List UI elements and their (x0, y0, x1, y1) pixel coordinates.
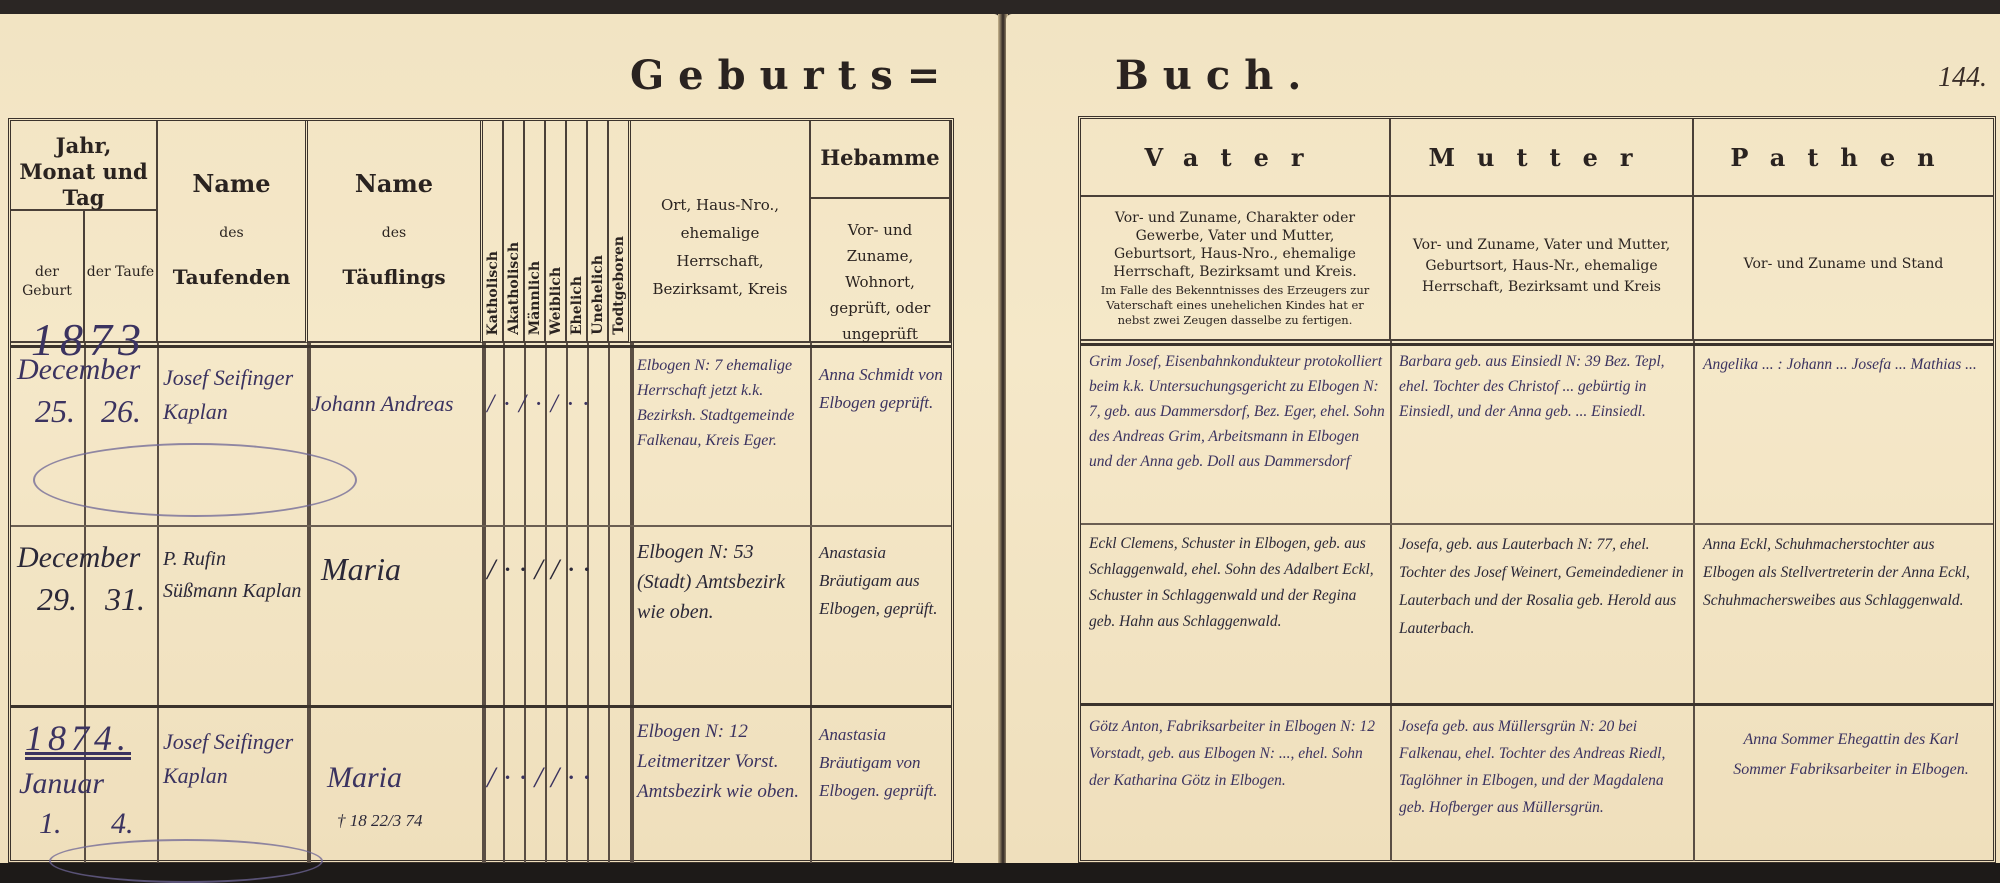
header-father-sub: Vor- und Zuname, Charakter oder Gewerbe,… (1081, 197, 1391, 341)
row-divider (1081, 523, 1993, 525)
header-mother-title: Mutter (1391, 119, 1694, 197)
entry-month: Januar (19, 767, 104, 801)
page-number: 144. (1938, 62, 1987, 94)
header-child: Name des Täuflings (308, 121, 483, 343)
entry-baptism-day: 31. (105, 581, 145, 618)
header-place: Ort, Haus-Nro., ehemalige Herrschaft, Be… (631, 121, 811, 343)
entry-midwife: Anastasia Bräutigam von Elbogen. geprüft… (819, 721, 947, 805)
entry-place: Elbogen N: 7 ehemalige Herrschaft jetzt … (637, 353, 807, 453)
entry-midwife: Anastasia Bräutigam aus Elbogen, geprüft… (819, 539, 947, 623)
entry-baptizer: Josef Seifinger Kaplan (163, 361, 303, 429)
row-divider (1081, 703, 1993, 706)
entry-baptism-day: 4. (111, 807, 134, 841)
header-legitimate: Ehelich (567, 121, 588, 343)
row-divider (1081, 343, 1993, 346)
left-register-table: Jahr, Monat und Tag der Geburt der Taufe… (8, 118, 954, 863)
entry-month: December (17, 353, 140, 387)
entry-godparents: Anna Sommer Ehegattin des Karl Sommer Fa… (1721, 725, 1981, 785)
header-female: Weiblich (546, 121, 567, 343)
entry-mother: Barbara geb. aus Einsiedl N: 39 Bez. Tep… (1399, 349, 1689, 424)
birth-register-spread: Geburts= Buch. 144. Jahr, Monat und Tag … (0, 0, 2000, 863)
entry-godparents: Angelika ... : Johann ... Josefa ... Mat… (1703, 351, 1987, 379)
entry-mother: Josefa geb. aus Müllersgrün N: 20 bei Fa… (1399, 713, 1689, 821)
header-date-group: Jahr, Monat und Tag (11, 121, 158, 211)
signature-flourish (33, 443, 357, 517)
header-midwife-title: Hebamme (811, 121, 951, 199)
entry-godparents: Anna Eckl, Schuhmacherstochter aus Elbog… (1703, 531, 1987, 615)
col-divider (482, 343, 486, 863)
entry-father: Grim Josef, Eisenbahnkondukteur protokol… (1089, 349, 1385, 474)
header-midwife-sub: Vor- und Zuname, Wohnort, geprüft, oder … (811, 199, 951, 343)
entry-mother: Josefa, geb. aus Lauterbach N: 77, ehel.… (1399, 531, 1689, 643)
entry-baptizer: P. Rufin Süßmann Kaplan (163, 543, 303, 607)
col-divider (1390, 341, 1392, 861)
entry-death-note: † 18 22/3 74 (337, 811, 422, 831)
col-divider (810, 343, 812, 863)
entry-marks: /··//·· (487, 553, 627, 587)
right-register-table: Vater Vor- und Zuname, Charakter oder Ge… (1078, 116, 1996, 863)
title-right: Buch. (1115, 52, 1315, 99)
header-male: Männlich (525, 121, 546, 343)
entry-birth-day: 25. (35, 393, 75, 430)
row-divider (11, 345, 951, 348)
header-godparents-title: Pathen (1694, 119, 1993, 197)
entry-baptism-day: 26. (101, 393, 141, 430)
entry-midwife: Anna Schmidt von Elbogen geprüft. (819, 361, 947, 417)
year-label-1874: 1874. (25, 717, 131, 759)
entry-place: Elbogen N: 53 (Stadt) Amtsbezirk wie obe… (637, 537, 807, 627)
entry-marks: /··//·· (487, 761, 627, 795)
header-stillborn: Todtgeboren (609, 121, 631, 343)
entry-child: Maria (327, 761, 402, 795)
row-divider (11, 705, 951, 708)
col-divider (157, 343, 159, 863)
header-godparents-sub: Vor- und Zuname und Stand (1694, 197, 1993, 341)
entry-baptizer: Josef Seifinger Kaplan (163, 725, 303, 793)
col-divider (1693, 341, 1695, 861)
entry-month: December (17, 541, 140, 575)
header-baptizer: Name des Taufenden (158, 121, 308, 343)
col-divider (630, 343, 634, 863)
entry-birth-day: 1. (39, 807, 62, 841)
header-non-catholic: Akatholisch (504, 121, 525, 343)
entry-father: Götz Anton, Fabriksarbeiter in Elbogen N… (1089, 713, 1385, 794)
header-mother-sub: Vor- und Zuname, Vater und Mutter, Gebur… (1391, 197, 1694, 341)
col-divider (307, 343, 311, 863)
entry-father: Eckl Clemens, Schuster in Elbogen, geb. … (1089, 531, 1385, 635)
header-father-title: Vater (1081, 119, 1391, 197)
header-catholic: Katholisch (483, 121, 504, 343)
title-left: Geburts= (630, 52, 954, 99)
entry-birth-day: 29. (37, 581, 77, 618)
row-divider (11, 525, 951, 527)
entry-child: Johann Andreas (311, 391, 481, 417)
entry-child: Maria (321, 551, 401, 588)
entry-place: Elbogen N: 12 Leitmeritzer Vorst. Amtsbe… (637, 717, 807, 807)
signature-flourish (49, 839, 323, 863)
header-illegitimate: Unehelich (588, 121, 609, 343)
entry-marks: /·/·/·· (487, 389, 627, 419)
